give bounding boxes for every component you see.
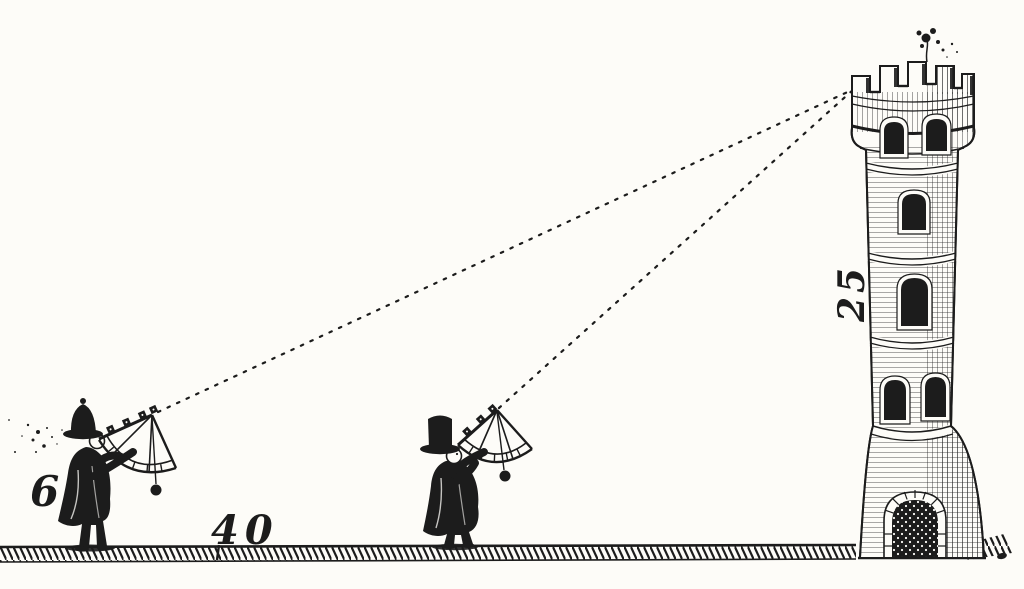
tower-window [897,274,932,330]
tower-window [880,117,908,158]
illustration-svg: 6 40 25 [0,0,1024,589]
ink-spatter [8,419,63,453]
label-baseline-distance: 40 [211,507,279,554]
tower-window [898,190,930,234]
quadrant-sight-edge [99,415,152,439]
plumb-bob [151,485,162,496]
quadrant-side-edge [497,410,532,449]
sight-vanes [106,405,158,434]
plumb-bob [500,471,511,482]
quadrant-instrument [99,405,176,496]
plumb-line [152,417,156,484]
tower-window [921,373,950,421]
surveyor-hat [63,398,103,439]
sight-lines [158,89,854,412]
middle-surveyor [420,404,532,550]
tower-top-sprig [917,28,959,62]
sight-line-left [158,89,854,412]
tower-window [880,376,910,424]
surveyor-hat [420,416,460,455]
label-tower-height: 25 [831,264,873,323]
tower-door [884,490,946,558]
label-left-station: 6 [30,467,59,516]
engraving-triangulation-scene: 6 40 25 [0,0,1024,589]
tower-window [922,114,951,155]
sight-line-middle [499,89,854,408]
